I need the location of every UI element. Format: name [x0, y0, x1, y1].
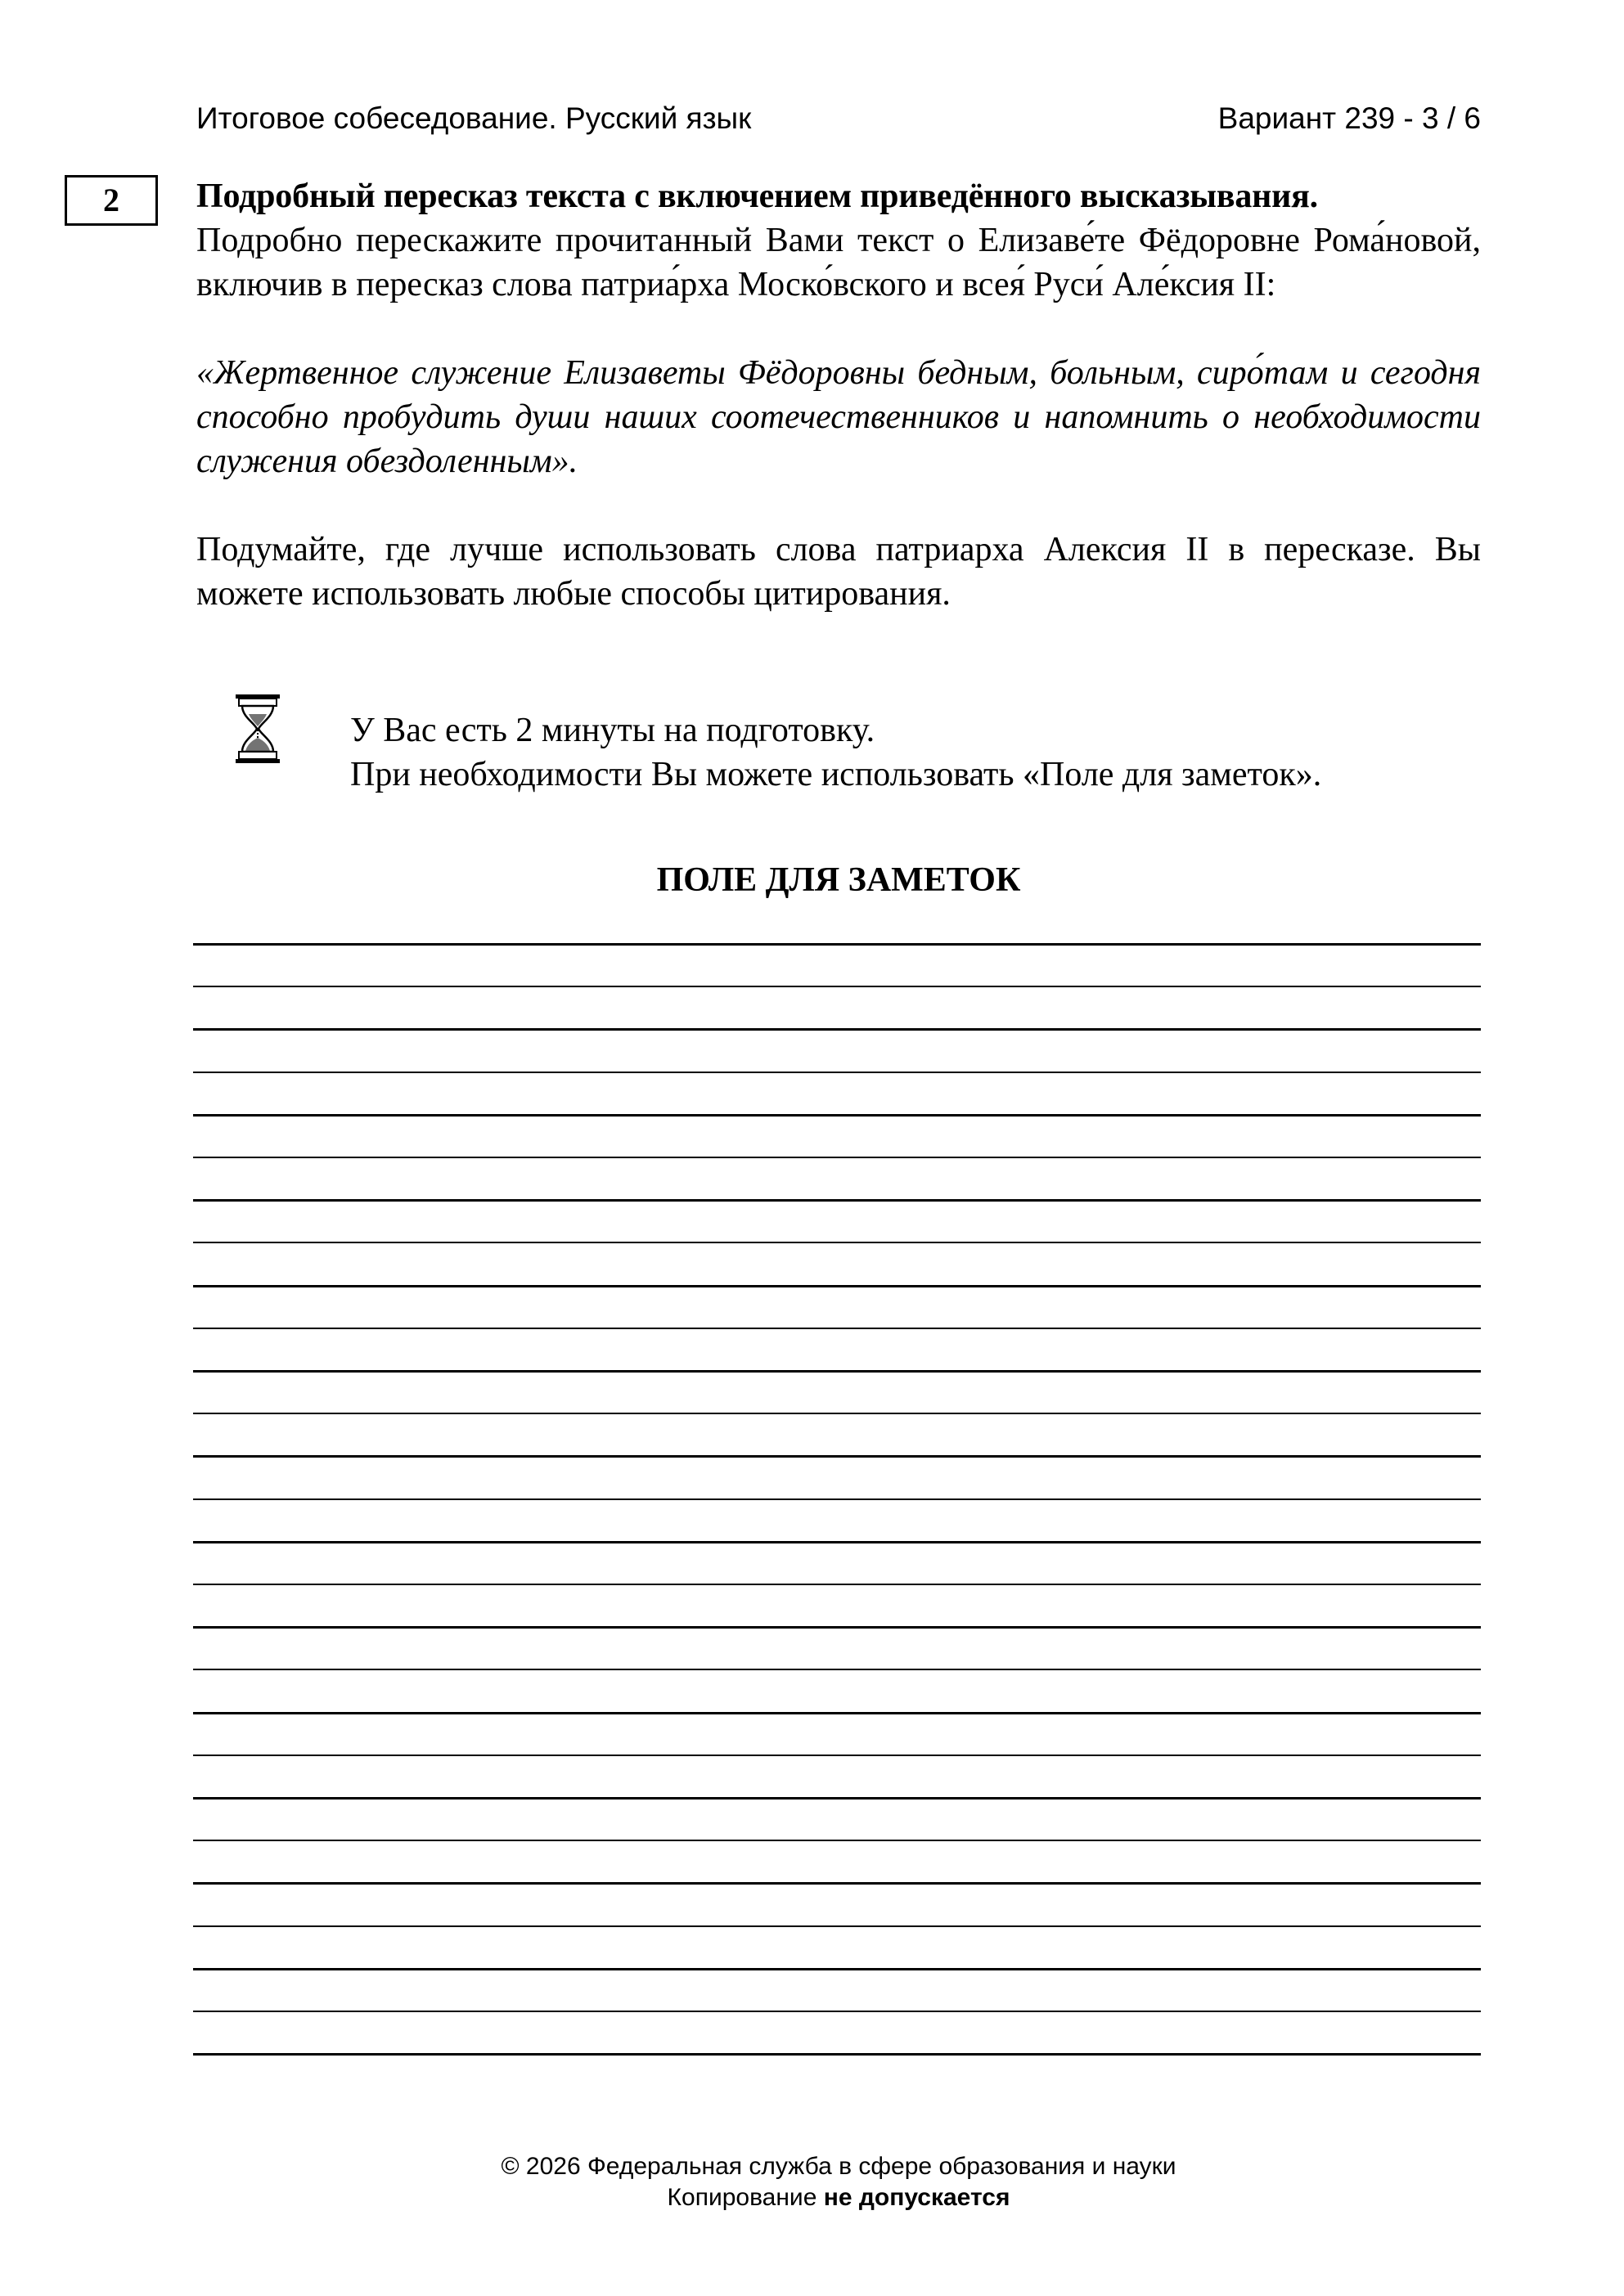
- note-line: [193, 1413, 1481, 1414]
- note-line: [193, 1797, 1481, 1800]
- copy-notice-bold: не допускается: [824, 2184, 1010, 2211]
- note-line: [193, 2053, 1481, 2056]
- note-line: [193, 1882, 1481, 1885]
- prep-time-line: У Вас есть 2 минуты на подготовку.: [350, 708, 1321, 753]
- note-line: [193, 1968, 1481, 1970]
- note-line: [193, 1584, 1481, 1585]
- note-line: [193, 1712, 1481, 1714]
- notes-usage-line: При необходимости Вы можете использовать…: [350, 753, 1321, 797]
- note-line: [193, 1840, 1481, 1841]
- note-line: [193, 2011, 1481, 2012]
- task-content: Подробный пересказ текста с включением п…: [196, 174, 1481, 616]
- note-line: [193, 1755, 1481, 1756]
- note-line: [193, 1242, 1481, 1243]
- note-line: [193, 1072, 1481, 1073]
- note-line: [193, 1455, 1481, 1458]
- task-instruction: Подробно перескажите прочитанный Вами те…: [196, 218, 1481, 307]
- prep-time-hint: У Вас есть 2 минуты на подготовку. При н…: [350, 708, 1321, 797]
- note-line: [193, 1541, 1481, 1543]
- header-variant-page: Вариант 239 - 3 / 6: [1218, 101, 1481, 136]
- note-line: [193, 1285, 1481, 1287]
- note-line: [193, 1199, 1481, 1202]
- note-line: [193, 1028, 1481, 1031]
- notes-heading: ПОЛЕ ДЛЯ ЗАМЕТОК: [0, 860, 1624, 900]
- note-line: [193, 1626, 1481, 1629]
- note-line: [193, 1925, 1481, 1927]
- citation-hint: Подумайте, где лучше использовать слова …: [196, 528, 1481, 616]
- note-line: [193, 986, 1481, 987]
- copyright-text: © 2026 Федеральная служба в сфере образо…: [0, 2151, 1624, 2182]
- note-line: [193, 1370, 1481, 1373]
- footer: © 2026 Федеральная служба в сфере образо…: [0, 2151, 1624, 2213]
- note-line: [193, 1669, 1481, 1670]
- task-title: Подробный пересказ текста с включением п…: [196, 174, 1481, 218]
- note-line: [193, 1157, 1481, 1158]
- hourglass-icon: [235, 692, 281, 766]
- quote-text: «Жертвенное служение Елизаветы Фёдоровны…: [196, 351, 1481, 483]
- note-line: [193, 1328, 1481, 1329]
- copy-notice-prefix: Копирование: [668, 2184, 817, 2211]
- note-line: [193, 1498, 1481, 1500]
- note-line: [193, 943, 1481, 946]
- task-number-box: 2: [65, 175, 158, 226]
- copy-notice: Копирование не допускается: [0, 2182, 1624, 2213]
- note-line: [193, 1114, 1481, 1117]
- header-title: Итоговое собеседование. Русский язык: [196, 101, 751, 136]
